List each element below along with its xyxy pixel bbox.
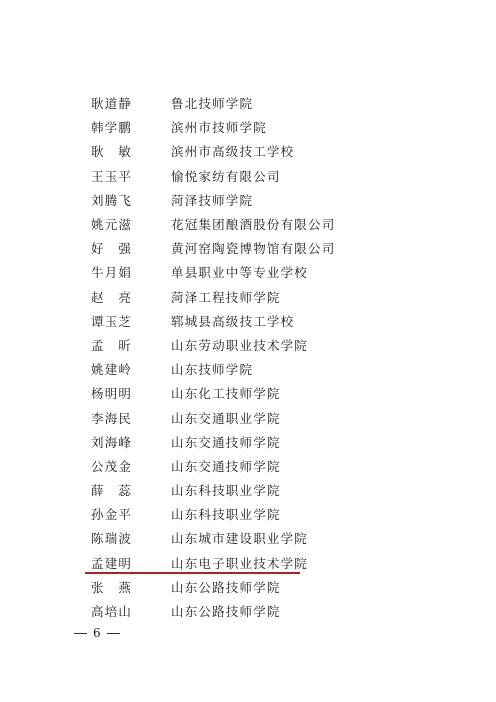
organization-name: 郓城县高级技工学校	[171, 312, 294, 330]
organization-name: 山东公路技师学院	[171, 602, 281, 620]
organization-name: 黄河窑陶瓷博物馆有限公司	[171, 239, 335, 257]
list-item: 刘海峰山东交通技师学院	[91, 430, 335, 454]
list-item: 谭玉芝郓城县高级技工学校	[91, 309, 335, 333]
person-name: 姚元滋	[91, 215, 171, 233]
person-name: 陈瑞波	[91, 529, 171, 547]
person-name: 谭玉芝	[91, 312, 171, 330]
organization-name: 山东技师学院	[171, 360, 253, 378]
document-page: 耿道静鲁北技师学院韩学鹏滨州市技师学院耿 敏滨州市高级技工学校王玉平愉悦家纺有限…	[0, 0, 496, 702]
list-item: 高培山山东公路技师学院	[91, 599, 335, 623]
person-name: 高培山	[91, 602, 171, 620]
person-name: 薛 蕊	[91, 481, 171, 499]
person-name: 韩学鹏	[91, 118, 171, 136]
organization-name: 山东交通职业学院	[171, 409, 281, 427]
organization-name: 花冠集团酿酒股份有限公司	[171, 215, 335, 233]
list-item: 刘腾飞菏泽技师学院	[91, 188, 335, 212]
list-item: 王玉平愉悦家纺有限公司	[91, 164, 335, 188]
organization-name: 滨州市高级技工学校	[171, 142, 294, 160]
list-item: 李海民山东交通职业学院	[91, 405, 335, 429]
list-item: 姚建岭山东技师学院	[91, 357, 335, 381]
organization-name: 山东科技职业学院	[171, 505, 281, 523]
dash-right	[107, 633, 120, 634]
organization-name: 滨州市技师学院	[171, 118, 267, 136]
list-item: 韩学鹏滨州市技师学院	[91, 115, 335, 139]
list-item: 张 燕山东公路技师学院	[91, 575, 335, 599]
organization-name: 山东公路技师学院	[171, 578, 281, 596]
list-item: 薛 蕊山东科技职业学院	[91, 478, 335, 502]
person-name: 赵 亮	[91, 288, 171, 306]
person-name: 李海民	[91, 409, 171, 427]
list-item: 陈瑞波山东城市建设职业学院	[91, 526, 335, 550]
person-name: 耿道静	[91, 94, 171, 112]
person-name: 杨明明	[91, 384, 171, 402]
organization-name: 愉悦家纺有限公司	[171, 167, 281, 185]
organization-name: 山东交通技师学院	[171, 433, 281, 451]
name-list: 耿道静鲁北技师学院韩学鹏滨州市技师学院耿 敏滨州市高级技工学校王玉平愉悦家纺有限…	[91, 91, 335, 623]
person-name: 王玉平	[91, 167, 171, 185]
person-name: 张 燕	[91, 578, 171, 596]
organization-name: 山东科技职业学院	[171, 481, 281, 499]
person-name: 耿 敏	[91, 142, 171, 160]
list-item: 孙金平山东科技职业学院	[91, 502, 335, 526]
list-item: 姚元滋花冠集团酿酒股份有限公司	[91, 212, 335, 236]
page-number-text: 6	[93, 626, 101, 640]
list-item: 耿 敏滨州市高级技工学校	[91, 139, 335, 163]
person-name: 刘海峰	[91, 433, 171, 451]
person-name: 孟建明	[91, 554, 171, 572]
person-name: 孟 昕	[91, 336, 171, 354]
organization-name: 菏泽工程技师学院	[171, 288, 281, 306]
list-item: 赵 亮菏泽工程技师学院	[91, 285, 335, 309]
organization-name: 山东交通技师学院	[171, 457, 281, 475]
person-name: 刘腾飞	[91, 191, 171, 209]
list-item: 好 强黄河窑陶瓷博物馆有限公司	[91, 236, 335, 260]
list-item: 公茂金山东交通技师学院	[91, 454, 335, 478]
organization-name: 单县职业中等专业学校	[171, 263, 308, 281]
list-item: 耿道静鲁北技师学院	[91, 91, 335, 115]
list-item: 孟 昕山东劳动职业技术学院	[91, 333, 335, 357]
organization-name: 山东化工技师学院	[171, 384, 281, 402]
organization-name: 菏泽技师学院	[171, 191, 253, 209]
list-item: 杨明明山东化工技师学院	[91, 381, 335, 405]
page-number: 6	[74, 626, 120, 640]
person-name: 姚建岭	[91, 360, 171, 378]
person-name: 公茂金	[91, 457, 171, 475]
person-name: 好 强	[91, 239, 171, 257]
organization-name: 山东劳动职业技术学院	[171, 336, 308, 354]
organization-name: 山东城市建设职业学院	[171, 529, 308, 547]
person-name: 牛月娟	[91, 263, 171, 281]
list-item: 牛月娟单县职业中等专业学校	[91, 260, 335, 284]
dash-left	[74, 633, 87, 634]
person-name: 孙金平	[91, 505, 171, 523]
organization-name: 鲁北技师学院	[171, 94, 253, 112]
organization-name: 山东电子职业技术学院	[171, 554, 308, 572]
list-item-highlighted: 孟建明山东电子职业技术学院	[91, 551, 335, 575]
